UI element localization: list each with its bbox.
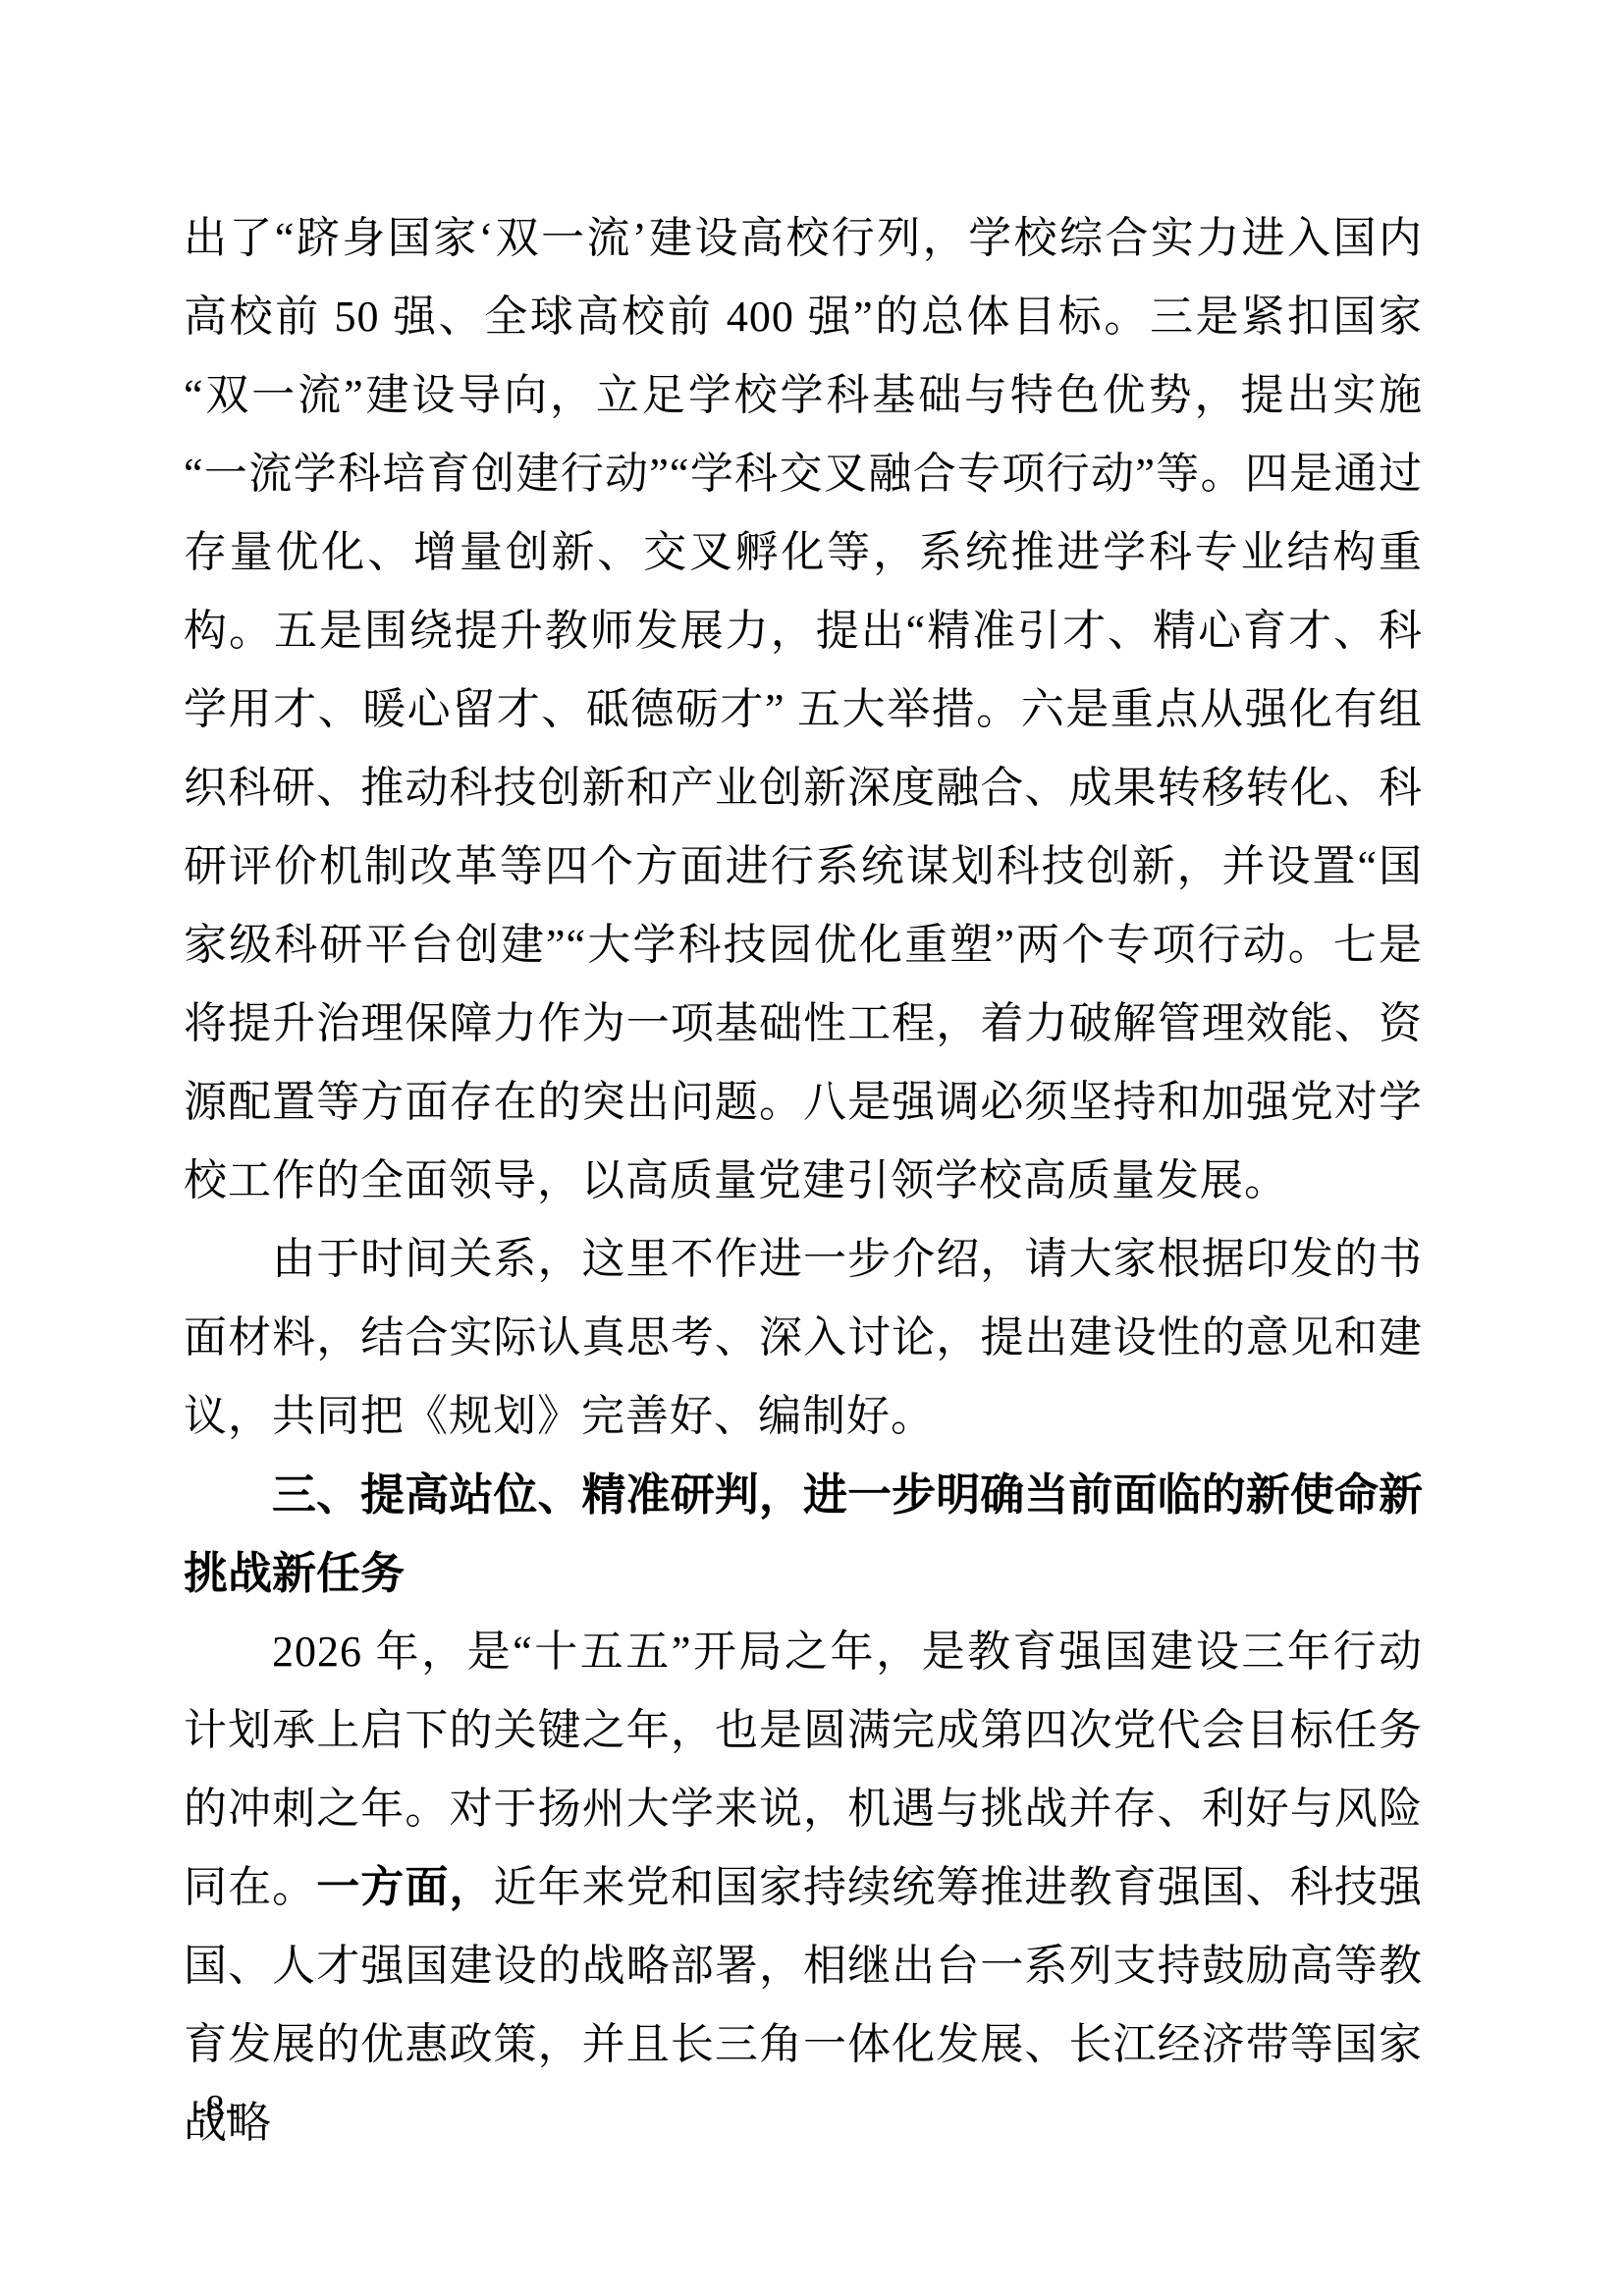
bold-emphasis-run: 一方面， [316, 1863, 493, 1911]
heading-text-run: 三、提高站位、精准研判，进一步明确当前面临的新使命新挑战新任务 [184, 1469, 1423, 1598]
document-body: 出了“跻身国家‘双一流’建设高校行列，学校综合实力进入国内高校前 50 强、全球… [184, 199, 1423, 2163]
document-page: 出了“跻身国家‘双一流’建设高校行列，学校综合实力进入国内高校前 50 强、全球… [0, 0, 1624, 2296]
body-text-run: 出了“跻身国家‘双一流’建设高校行列，学校综合实力进入国内高校前 50 强、全球… [184, 214, 1423, 1204]
paragraph: 2026 年，是“十五五”开局之年，是教育强国建设三年行动计划承上启下的关键之年… [184, 1613, 1423, 2163]
paragraph: 由于时间关系，这里不作进一步介绍，请大家根据印发的书面材料，结合实际认真思考、深… [184, 1220, 1423, 1456]
body-text-run: 由于时间关系，这里不作进一步介绍，请大家根据印发的书面材料，结合实际认真思考、深… [184, 1235, 1423, 1440]
page-number: -8- [192, 2085, 239, 2132]
section-heading: 三、提高站位、精准研判，进一步明确当前面临的新使命新挑战新任务 [184, 1456, 1423, 1613]
paragraph-continuation: 出了“跻身国家‘双一流’建设高校行列，学校综合实力进入国内高校前 50 强、全球… [184, 199, 1423, 1220]
